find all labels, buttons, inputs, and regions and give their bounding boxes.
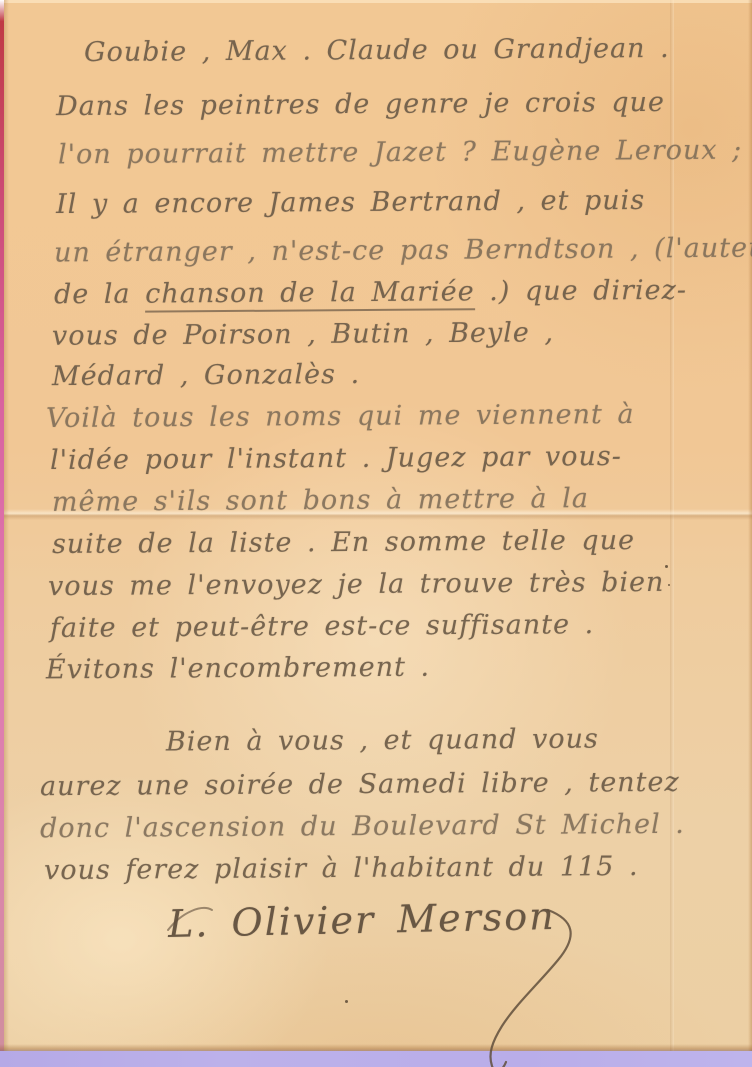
ink-speck bbox=[345, 1000, 348, 1003]
letter-line: un étranger , n'est-ce pas Berndtson , (… bbox=[54, 233, 752, 268]
letter-line: l'on pourrait mettre Jazet ? Eugène Lero… bbox=[58, 136, 742, 171]
paper-right-edge bbox=[748, 0, 752, 1067]
letter-line: Il y a encore James Bertrand , et puis bbox=[56, 186, 645, 220]
line-segment: de la bbox=[54, 279, 145, 311]
letter-line: vous me l'envoyez je la trouve très bien bbox=[48, 568, 665, 602]
letter-line: vous ferez plaisir à l'habitant du 115 . bbox=[44, 852, 639, 886]
letter-line: l'idée pour l'instant . Jugez par vous- bbox=[50, 442, 622, 476]
letter-line: Goubie , Max . Claude ou Grandjean . bbox=[84, 34, 670, 68]
letter-line: Voilà tous les noms qui me viennent à bbox=[46, 400, 635, 434]
letter-scan: Goubie , Max . Claude ou Grandjean . Dan… bbox=[0, 0, 752, 1067]
letter-line: de la chanson de la Mariée .) que diriez… bbox=[54, 276, 687, 310]
letter-line: donc l'ascension du Boulevard St Michel … bbox=[40, 810, 685, 845]
underlined-phrase: chanson de la Mariée bbox=[145, 276, 475, 312]
letter-line: Bien à vous , et quand vous bbox=[166, 724, 599, 757]
letter-line: aurez une soirée de Samedi libre , tente… bbox=[40, 768, 680, 802]
letter-line: suite de la liste . En somme telle que bbox=[52, 526, 635, 560]
bottom-scan-band bbox=[0, 1051, 752, 1067]
ink-speck bbox=[665, 565, 668, 568]
ink-speck bbox=[668, 584, 670, 586]
letter-line: Médard , Gonzalès . bbox=[52, 360, 360, 392]
letter-line: Dans les peintres de genre je crois que bbox=[56, 88, 665, 122]
line-segment: .) que diriez- bbox=[475, 275, 688, 307]
letter-line: vous de Poirson , Butin , Beyle , bbox=[52, 318, 554, 352]
letter-line: Évitons l'encombrement . bbox=[46, 653, 430, 686]
letter-line: même s'ils sont bons à mettre à la bbox=[52, 484, 589, 518]
paper-bottom-edge bbox=[0, 1044, 752, 1051]
left-edge-shadow bbox=[4, 0, 9, 1067]
paper-top-edge bbox=[0, 0, 752, 3]
signature: L. Olivier Merson bbox=[168, 894, 556, 946]
letter-line: faite et peut-être est-ce suffisante . bbox=[50, 610, 594, 644]
